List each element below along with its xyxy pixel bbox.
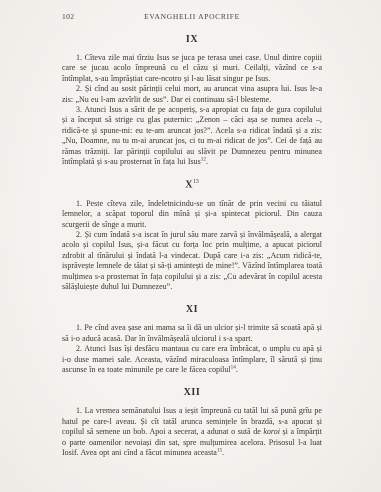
page-number: 102	[62, 12, 74, 21]
text-run: 3. Atunci Isus a sărit de pe acoperiș, s…	[62, 105, 322, 166]
section-heading: XI	[62, 304, 322, 315]
section-heading: IX	[62, 34, 322, 45]
text-run: 1. Peste cîteva zile, îndeletnicindu-se …	[62, 199, 322, 229]
section-heading: X13	[62, 179, 322, 190]
page-content: IX1. Cîteva zile mai tîrziu Isus se juca…	[62, 34, 322, 459]
text-run: 1. Cîteva zile mai tîrziu Isus se juca p…	[62, 53, 322, 83]
text-run: 2. Și cum îndată s-a iscat în jurul său …	[62, 230, 322, 291]
text-run: 2. Și cînd au sosit părinții celui mort,…	[62, 84, 322, 103]
section-heading: XII	[62, 387, 322, 398]
paragraph: 1. Cîteva zile mai tîrziu Isus se juca p…	[62, 53, 322, 84]
book-page: 102 EVANGHELII APOCRIFE IX1. Cîteva zile…	[0, 0, 381, 492]
text-section: XI1. Pe cînd avea șase ani mama sa îi dă…	[62, 304, 322, 375]
running-title: EVANGHELII APOCRIFE	[144, 12, 240, 21]
footnote-marker: 13	[193, 179, 199, 185]
paragraph: 2. Și cum îndată s-a iscat în jurul său …	[62, 230, 322, 292]
text-section: XII1. La vremea semănatului Isus a ieșit…	[62, 387, 322, 458]
text-run: .	[222, 448, 224, 457]
text-run: .	[206, 157, 208, 166]
paragraph: 2. Atunci Isus își desfăcu mantaua cu ca…	[62, 344, 322, 375]
text-section: IX1. Cîteva zile mai tîrziu Isus se juca…	[62, 34, 322, 167]
paragraph: 1. La vremea semănatului Isus a ieșit îm…	[62, 406, 322, 458]
italic-term: koroi	[263, 427, 280, 436]
paragraph: 3. Atunci Isus a sărit de pe acoperiș, s…	[62, 105, 322, 167]
text-run: 1. Pe cînd avea șase ani mama sa îi dă u…	[62, 323, 322, 342]
page-header: 102 EVANGHELII APOCRIFE	[62, 12, 322, 22]
text-section: X131. Peste cîteva zile, îndeletnicindu-…	[62, 179, 322, 292]
paragraph: 2. Și cînd au sosit părinții celui mort,…	[62, 84, 322, 105]
text-run: 2. Atunci Isus își desfăcu mantaua cu ca…	[62, 344, 322, 374]
text-run: .	[236, 365, 238, 374]
paragraph: 1. Peste cîteva zile, îndeletnicindu-se …	[62, 199, 322, 230]
paragraph: 1. Pe cînd avea șase ani mama sa îi dă u…	[62, 323, 322, 344]
